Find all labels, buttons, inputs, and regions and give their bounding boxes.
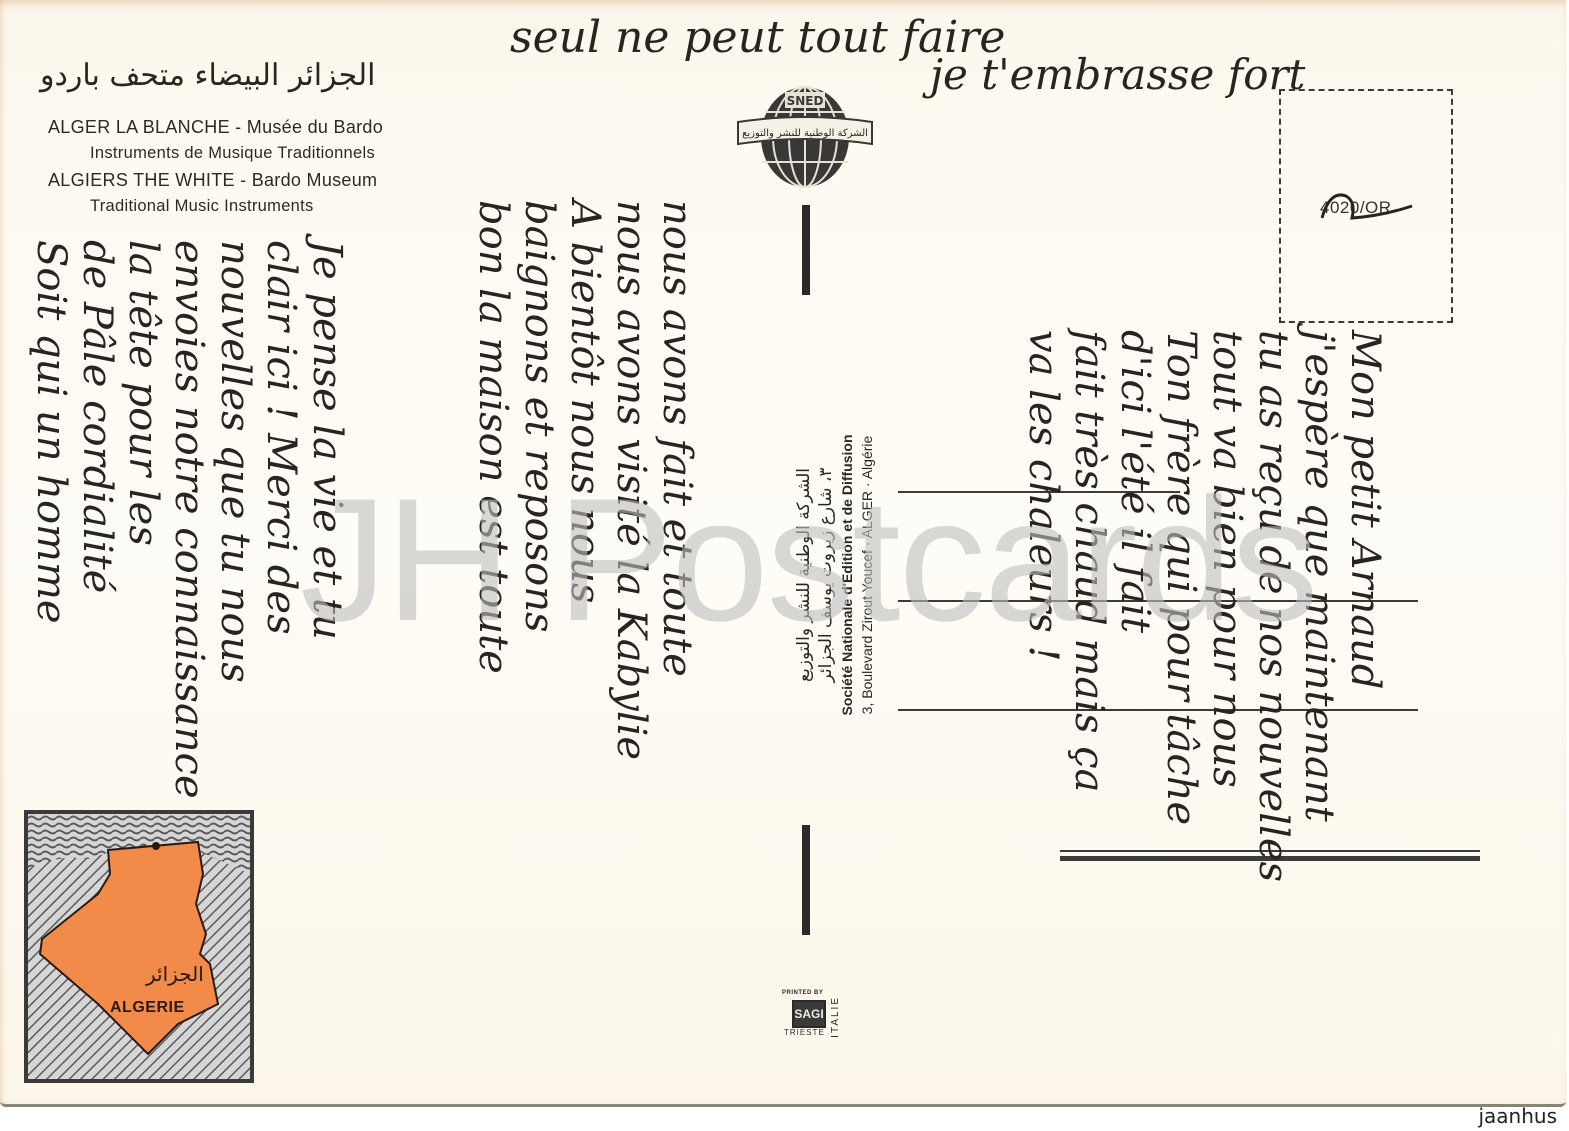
- handwriting-line: clair ici ! Merci des: [258, 240, 304, 800]
- map-label: ALGERIE: [110, 999, 185, 1017]
- publisher-address: 3, Boulevard Zirout Youcef · ALGER · Alg…: [857, 315, 877, 835]
- handwriting-line: fait très chaud mais ça: [1066, 330, 1112, 1090]
- handwriting-line: Je pense la vie et tu: [304, 240, 350, 800]
- handwriting-line: d'ici l'été il fait: [1112, 330, 1158, 1090]
- algeria-map: الجزائر ALGERIE: [24, 810, 254, 1083]
- printer-city: TRIESTE: [784, 1028, 825, 1037]
- handwriting-line: nous avons visité la Kabylie: [608, 200, 654, 1080]
- handwriting-line: Mon petit Arnaud: [1342, 330, 1388, 1090]
- printer-mark: PRINTED BY SAGI TRIESTE ITALIE: [780, 990, 850, 1100]
- svg-text:الشركة الوطنية للنشر والتوزيع: الشركة الوطنية للنشر والتوزيع: [742, 128, 868, 139]
- handwriting-right-block: Mon petit Arnaud j'espère que maintenant…: [1020, 330, 1388, 1090]
- caption-en-subtitle: Traditional Music Instruments: [48, 194, 383, 219]
- handwriting-line: j'espère que maintenant: [1296, 330, 1342, 1090]
- handwriting-line: tout va bien pour nous: [1204, 330, 1250, 1090]
- publisher-arabic-name: الشركة الوطنية للنشر والتوزيع: [793, 315, 815, 835]
- handwriting-line: A bientôt nous nous: [562, 200, 608, 1080]
- caption-en-title: ALGIERS THE WHITE - Bardo Museum: [48, 166, 383, 194]
- handwriting-line: bon la maison est toute: [470, 200, 516, 1080]
- arabic-title: الجزائر البيضاء متحف باردو: [40, 58, 375, 93]
- handwriting-line: la tête pour les: [120, 240, 166, 800]
- globe-icon: SNED الشركة الوطنية للنشر والتوزيع: [730, 82, 880, 192]
- postcard-back: الجزائر البيضاء متحف باردو ALGER LA BLAN…: [0, 0, 1566, 1107]
- printed-by-label: PRINTED BY: [782, 990, 823, 996]
- publisher-info: الشركة الوطنية للنشر والتوزيع ٣، شارع زي…: [788, 300, 878, 820]
- printer-country: ITALIE: [830, 996, 841, 1038]
- caption-fr-title: ALGER LA BLANCHE - Musée du Bardo: [48, 113, 383, 141]
- handwriting-left-block: Je pense la vie et tu clair ici ! Merci …: [28, 240, 350, 800]
- publisher-name: Société Nationale d'Edition et de Diffus…: [837, 315, 857, 835]
- handwriting-middle-block: nous avons fait et toute nous avons visi…: [470, 200, 700, 1080]
- handwriting-line: Soit qui un homme: [28, 240, 74, 800]
- pen-mark-icon: [1312, 188, 1422, 228]
- printer-logo: SAGI: [792, 1000, 826, 1028]
- handwriting-line: nous avons fait et toute: [654, 200, 700, 1080]
- caption-fr-subtitle: Instruments de Musique Traditionnels: [48, 141, 383, 166]
- handwriting-line: baignons et reposons: [516, 200, 562, 1080]
- handwriting-line: envoies notre connaissance: [166, 240, 212, 800]
- center-divider-bottom: [802, 825, 810, 935]
- handwriting-line: de Pâle cordialité: [74, 240, 120, 800]
- svg-text:SNED: SNED: [787, 94, 824, 108]
- map-arabic-label: الجزائر: [146, 962, 204, 986]
- handwriting-line: va les chaleurs !: [1020, 330, 1066, 1090]
- caption-block: ALGER LA BLANCHE - Musée du Bardo Instru…: [48, 113, 383, 219]
- center-divider-top: [802, 205, 810, 295]
- handwriting-line: tu as reçu de nos nouvelles: [1250, 330, 1296, 1090]
- publisher-arabic-address: ٣، شارع زيروت يوسف الجزائر: [815, 315, 837, 835]
- handwriting-line: Ton frère qui pour tâche: [1158, 330, 1204, 1090]
- handwriting-top-line-2: je t'embrasse fort: [930, 50, 1305, 99]
- handwriting-line: nouvelles que tu nous: [212, 240, 258, 800]
- credit-label: jaanhus: [1478, 1104, 1557, 1128]
